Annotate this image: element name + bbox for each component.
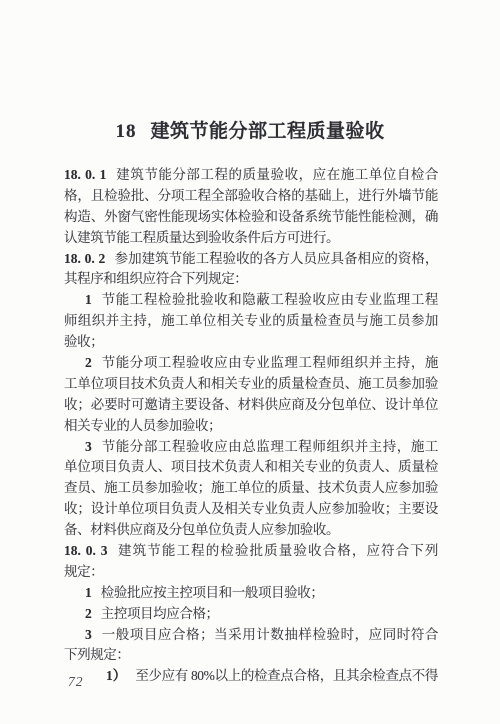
document-line: 下列规定： — [64, 645, 438, 666]
item-number: 2 — [85, 355, 92, 370]
document-line: 其程序和组织应符合下列规定： — [64, 269, 438, 290]
document-line: 收；必要时可邀请主要设备、材料供应商及分包单位、设计单位 — [64, 395, 438, 416]
line-text: 工单位项目技术负责人和相关专业的质量检查员、施工员参加验 — [64, 376, 438, 391]
document-line: 3节能分部工程验收应由总监理工程师组织并主持，施工 — [64, 437, 438, 458]
line-text: 建筑节能分部工程的质量验收，应在施工单位自检合 — [115, 167, 438, 182]
line-text: 节能分项工程验收应由专业监理工程师组织并主持，施 — [101, 355, 438, 370]
line-text: 查员、施工员参加验收；施工单位的质量、技术负责人应参加验 — [64, 480, 438, 495]
document-line: 单位项目负责人、项目技术负责人和相关专业的负责人、质量检 — [64, 457, 438, 478]
line-text: 主控项目均应合格； — [101, 606, 219, 621]
document-line: 相关专业的人员参加验收； — [64, 416, 438, 437]
item-number: 18. 0. 3 — [64, 543, 108, 558]
document-line: 构造、外窗气密性能现场实体检验和设备系统节能性能检测，确 — [64, 207, 438, 228]
chapter-title-text: 建筑节能分部工程质量验收 — [150, 121, 384, 142]
line-text: 相关专业的人员参加验收； — [64, 418, 221, 433]
line-text: 备、材料供应商及分包单位负责人应参加验收。 — [64, 522, 339, 537]
line-text: 单位项目负责人、项目技术负责人和相关专业的负责人、质量检 — [64, 459, 438, 474]
document-line: 格，且检验批、分项工程全部验收合格的基础上，进行外墙节能 — [64, 186, 438, 207]
chapter-number: 18 — [115, 121, 136, 142]
line-text: 收；必要时可邀请主要设备、材料供应商及分包单位、设计单位 — [64, 397, 438, 412]
document-line: 1）至少应有 80%以上的检查点合格，且其余检查点不得 — [64, 666, 438, 687]
document-line: 认建筑节能工程质量达到验收条件后方可进行。 — [64, 228, 438, 249]
document-line: 2节能分项工程验收应由专业监理工程师组织并主持，施 — [64, 353, 438, 374]
page-number: 72 — [68, 674, 84, 690]
document-line: 1检验批应按主控项目和一般项目验收； — [64, 583, 438, 604]
document-line: 2主控项目均应合格； — [64, 604, 438, 625]
line-text: 格，且检验批、分项工程全部验收合格的基础上，进行外墙节能 — [64, 188, 438, 203]
document-line: 1节能工程检验批验收和隐蔽工程验收应由专业监理工程 — [64, 290, 438, 311]
line-text: 节能分部工程验收应由总监理工程师组织并主持，施工 — [101, 439, 438, 454]
line-text: 建筑节能工程的检验批质量验收合格，应符合下列 — [117, 543, 438, 558]
item-number: 1 — [85, 292, 92, 307]
document-line: 规定： — [64, 562, 438, 583]
line-text: 其程序和组织应符合下列规定： — [64, 271, 247, 286]
line-text: 检验批应按主控项目和一般项目验收； — [101, 585, 324, 600]
item-number: 18. 0. 1 — [64, 167, 106, 182]
document-line: 18. 0. 2参加建筑节能工程验收的各方人员应具备相应的资格， — [64, 249, 438, 270]
item-number: 1 — [85, 585, 92, 600]
document-line: 收；设计单位项目负责人及相关专业负责人应参加验收；主要设 — [64, 499, 438, 520]
line-text: 构造、外窗气密性能现场实体检验和设备系统节能性能检测，确 — [64, 209, 438, 224]
item-number: 2 — [85, 606, 92, 621]
document-line: 工单位项目技术负责人和相关专业的质量检查员、施工员参加验 — [64, 374, 438, 395]
document-body: 18. 0. 1建筑节能分部工程的质量验收，应在施工单位自检合格，且检验批、分项… — [64, 165, 438, 687]
line-text: 验收； — [64, 334, 103, 349]
document-line: 验收； — [64, 332, 438, 353]
line-text: 规定： — [64, 564, 103, 579]
document-line: 师组织并主持，施工单位相关专业的质量检查员与施工员参加 — [64, 311, 438, 332]
document-line: 3一般项目应合格；当采用计数抽样检验时，应同时符合 — [64, 625, 438, 646]
document-line: 查员、施工员参加验收；施工单位的质量、技术负责人应参加验 — [64, 478, 438, 499]
line-text: 至少应有 80%以上的检查点合格，且其余检查点不得 — [135, 668, 438, 683]
document-line: 18. 0. 1建筑节能分部工程的质量验收，应在施工单位自检合 — [64, 165, 438, 186]
line-text: 参加建筑节能工程验收的各方人员应具备相应的资格， — [114, 251, 438, 266]
line-text: 收；设计单位项目负责人及相关专业负责人应参加验收；主要设 — [64, 501, 438, 516]
document-page: 18建筑节能分部工程质量验收 18. 0. 1建筑节能分部工程的质量验收，应在施… — [0, 0, 500, 724]
line-text: 认建筑节能工程质量达到验收条件后方可进行。 — [64, 230, 339, 245]
line-text: 一般项目应合格；当采用计数抽样检验时，应同时符合 — [101, 627, 438, 642]
item-number: 3 — [85, 439, 92, 454]
item-number: 18. 0. 2 — [64, 251, 105, 266]
document-line: 18. 0. 3建筑节能工程的检验批质量验收合格，应符合下列 — [64, 541, 438, 562]
line-text: 下列规定： — [64, 647, 130, 662]
chapter-heading: 18建筑节能分部工程质量验收 — [0, 116, 500, 143]
item-number: 1） — [106, 668, 126, 683]
document-line: 备、材料供应商及分包单位负责人应参加验收。 — [64, 520, 438, 541]
line-text: 师组织并主持，施工单位相关专业的质量检查员与施工员参加 — [64, 313, 438, 328]
item-number: 3 — [85, 627, 92, 642]
line-text: 节能工程检验批验收和隐蔽工程验收应由专业监理工程 — [101, 292, 438, 307]
